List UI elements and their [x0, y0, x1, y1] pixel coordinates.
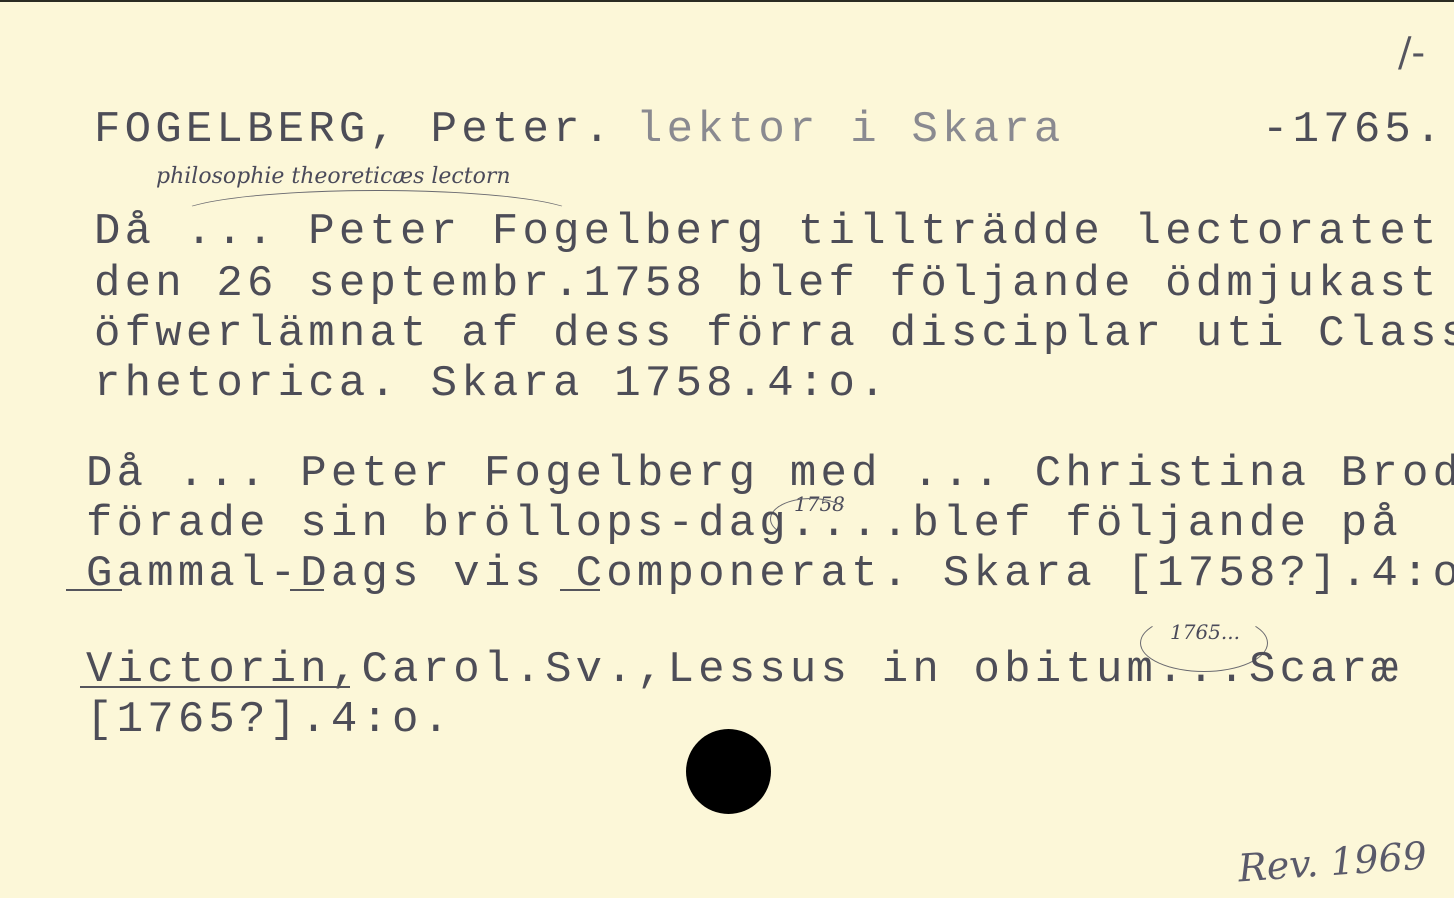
entry-2-line-1: Då ... Peter Fogelberg med ... Christina…: [86, 446, 1454, 502]
underline-dags: [290, 589, 324, 591]
catalog-card: /- FOGELBERG, Peter. lektor i Skara -176…: [0, 0, 1454, 898]
underline-componerat: [560, 589, 600, 591]
entry-1-annotation: philosophie theoreticæs lectorn: [156, 164, 511, 189]
revision-note: Rev. 1969: [1237, 833, 1429, 890]
underline-victorin: [80, 686, 350, 688]
heading-name: FOGELBERG, Peter.: [94, 102, 614, 158]
heading-title: lektor i Skara: [636, 102, 1064, 158]
heading-dates: -1765.: [1262, 102, 1446, 158]
entry-2-line-3: Gammal-Dags vis Componerat. Skara [1758?…: [86, 546, 1454, 602]
entry-1-line-2: den 26 septembr.1758 blef följande ödmju…: [94, 256, 1441, 312]
entry-1-line-1: Då ... Peter Fogelberg tillträdde lector…: [94, 204, 1441, 260]
entry-3-line-2: [1765?].4:o.: [86, 692, 453, 748]
entry-1-line-4: rhetorica. Skara 1758.4:o.: [94, 356, 890, 412]
entry-1-line-3: öfwerlämnat af dess förra disciplar uti …: [94, 306, 1454, 362]
corner-mark: /-: [1398, 30, 1425, 76]
entry-3-line-1: Victorin,Carol.Sv.,Lessus in obitum...Sc…: [86, 642, 1402, 698]
entry-2-line-2: förade sin bröllops-dag....blef följande…: [86, 496, 1402, 552]
underline-gammal: [66, 589, 122, 591]
punch-hole: [686, 729, 771, 814]
